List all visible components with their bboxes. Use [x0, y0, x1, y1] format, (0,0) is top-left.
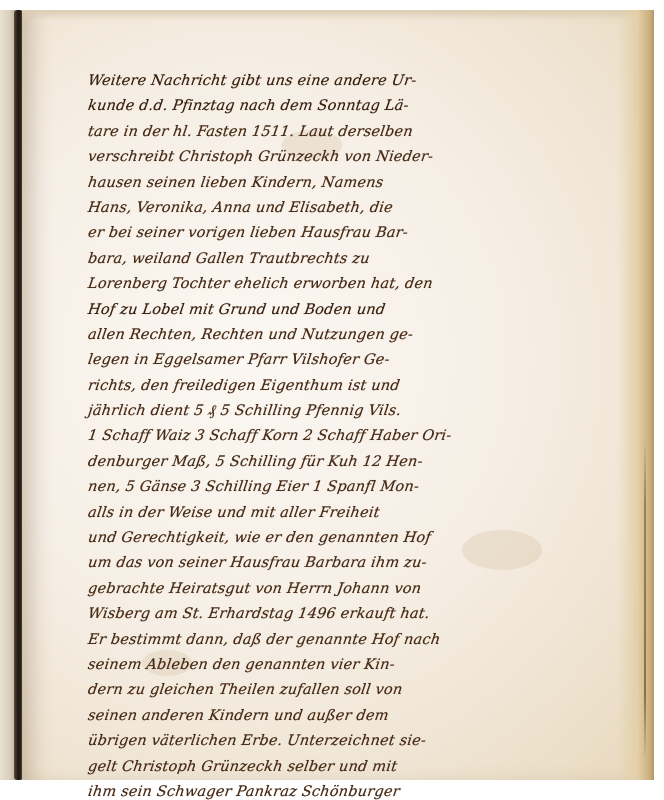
- text-line: Hans, Veronika, Anna und Elisabeth, die: [86, 196, 510, 221]
- text-line: richts, den freiledigen Eigenthum ist un…: [86, 374, 510, 399]
- text-line: denburger Maß, 5 Schilling für Kuh 12 He…: [86, 450, 510, 475]
- torn-page-edge: [644, 440, 646, 760]
- text-line: und Gerechtigkeit, wie er den genannten …: [86, 526, 510, 551]
- text-line: dern zu gleichen Theilen zufallen soll v…: [86, 678, 510, 703]
- text-line: um das von seiner Hausfrau Barbara ihm z…: [86, 551, 510, 576]
- text-line: nen, 5 Gänse 3 Schilling Eier 1 Spanfl M…: [86, 475, 510, 500]
- text-line: übrigen väterlichen Erbe. Unterzeichnet …: [86, 729, 510, 754]
- text-line: er bei seiner vorigen lieben Hausfrau Ba…: [86, 221, 510, 246]
- text-line: alls in der Weise und mit aller Freiheit: [86, 501, 510, 526]
- text-line: ihm sein Schwager Pankraz Schönburger: [86, 780, 510, 800]
- text-line: Wisberg am St. Erhardstag 1496 erkauft h…: [86, 602, 510, 627]
- text-line: allen Rechten, Rechten und Nutzungen ge-: [86, 323, 510, 348]
- text-line: tare in der hl. Fasten 1511. Laut dersel…: [86, 120, 510, 145]
- text-line: gebrachte Heiratsgut von Herrn Johann vo…: [86, 577, 510, 602]
- text-line: bara, weiland Gallen Trautbrechts zu: [86, 247, 510, 272]
- text-line: kunde d.d. Pfinztag nach dem Sonntag Lä-: [86, 94, 510, 119]
- text-line: jährlich dient 5 ₰ 5 Schilling Pfennig V…: [86, 399, 510, 424]
- text-line: seinen anderen Kindern und außer dem: [86, 704, 510, 729]
- text-line: seinem Ableben den genannten vier Kin-: [86, 653, 510, 678]
- text-line: Weitere Nachricht gibt uns eine andere U…: [86, 69, 510, 94]
- document-scan: Weitere Nachricht gibt uns eine andere U…: [0, 0, 664, 800]
- text-line: hausen seinen lieben Kindern, Namens: [86, 171, 510, 196]
- text-line: Hof zu Lobel mit Grund und Boden und: [86, 298, 510, 323]
- text-line: legen in Eggelsamer Pfarr Vilshofer Ge-: [86, 348, 510, 373]
- handwritten-text: Weitere Nachricht gibt uns eine andere U…: [88, 69, 508, 800]
- text-line: 1 Schaff Waiz 3 Schaff Korn 2 Schaff Hab…: [86, 424, 510, 449]
- text-line: Er bestimmt dann, daß der genannte Hof n…: [86, 628, 510, 653]
- text-line: verschreibt Christoph Grünzeckh von Nied…: [86, 145, 510, 170]
- text-line: Lorenberg Tochter ehelich erworben hat, …: [86, 272, 510, 297]
- text-line: gelt Christoph Grünzeckh selber und mit: [86, 755, 510, 780]
